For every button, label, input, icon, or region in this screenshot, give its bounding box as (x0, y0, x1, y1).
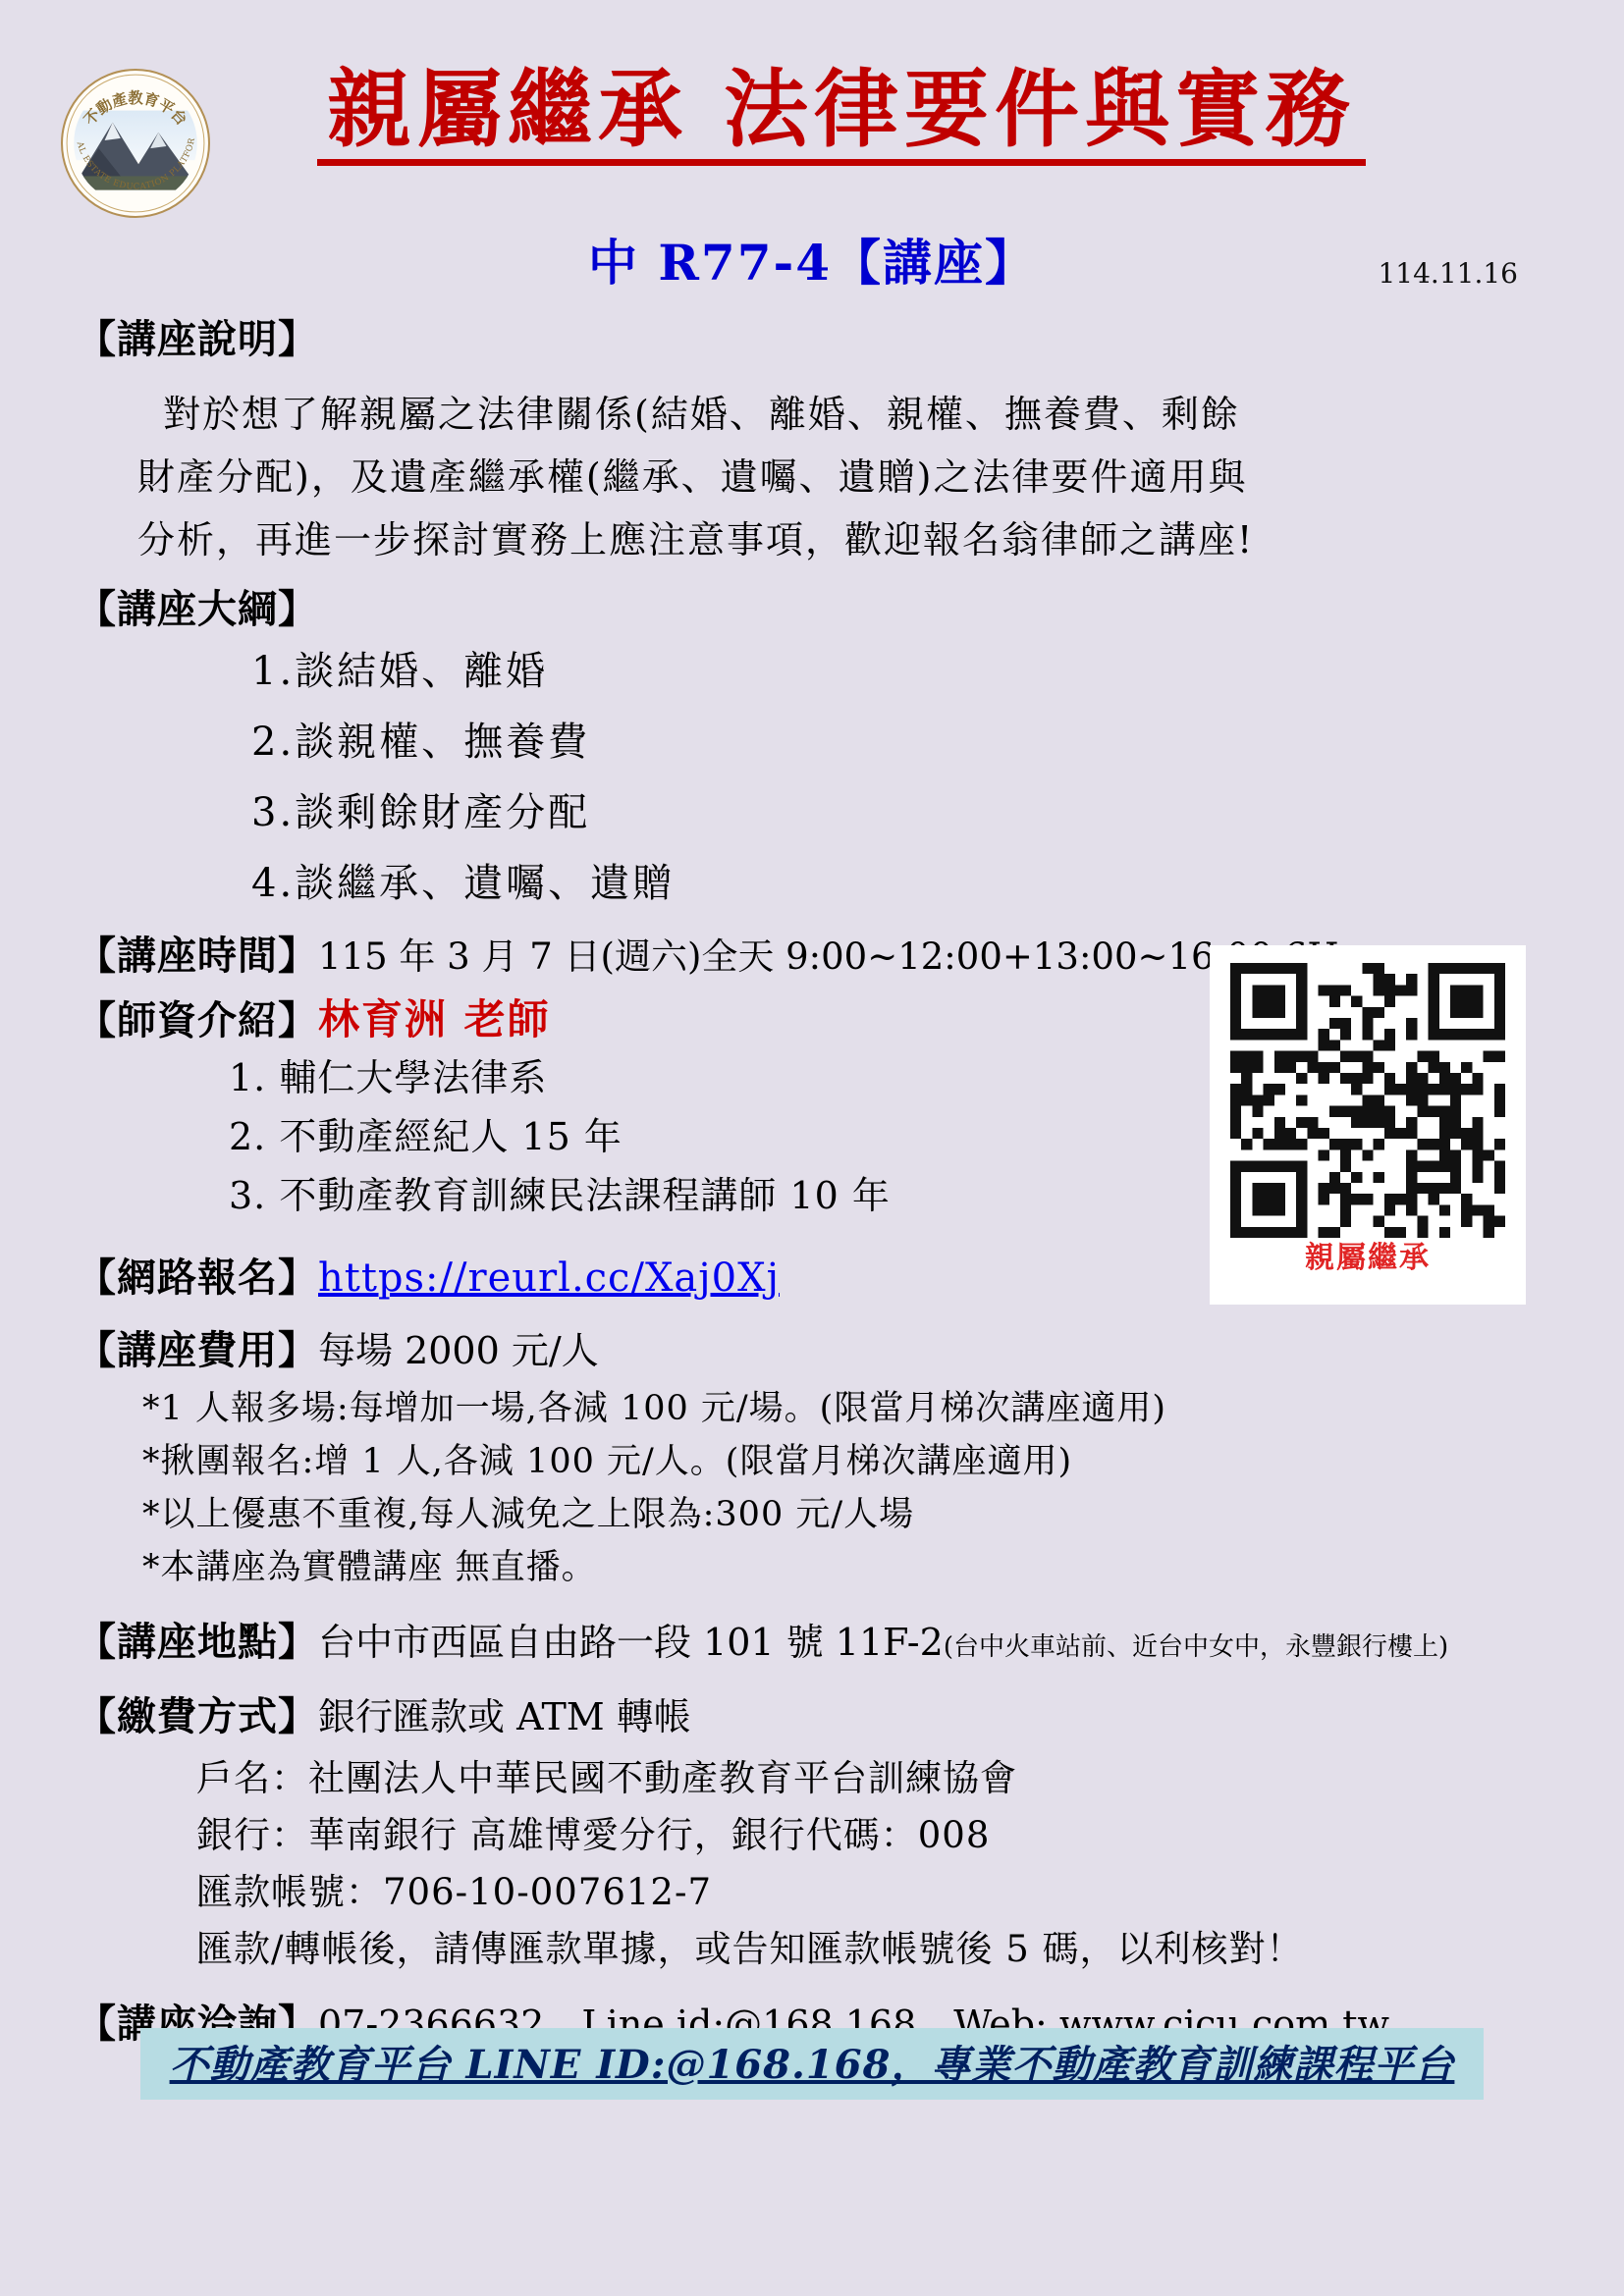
description-line: 對於想了解親屬之法律關係(結婚、離婚、親權、撫養費、剩餘 (77, 383, 1559, 446)
fee-note: *以上優惠不重複,每人減免之上限為:300 元/人場 (77, 1488, 1559, 1541)
qr-caption: 親屬繼承 (1210, 1242, 1526, 1275)
description-line: 分析，再進一步探討實務上應注意事項，歡迎報名翁律師之講座! (77, 508, 1559, 571)
location-address: 台中市西區自由路一段 101 號 11F-2 (318, 1621, 944, 1664)
section-fee: 【講座費用】每場 2000 元/人 (77, 1323, 1559, 1378)
qr-card: 親屬繼承 (1210, 945, 1526, 1305)
payment-details: 戶名：社團法人中華民國不動產教育平台訓練協會 銀行：華南銀行 高雄博愛分行，銀行… (77, 1750, 1559, 1978)
fee-amount: 每場 2000 元/人 (318, 1329, 599, 1372)
payment-detail: 匯款帳號：706-10-007612-7 (77, 1864, 1559, 1921)
qr-code (1230, 963, 1505, 1238)
section-label-registration: 【網路報名】 (77, 1255, 318, 1301)
section-description: 【講座說明】 (77, 312, 1559, 367)
description-line: 財產分配)，及遺產繼承權(繼承、遺囑、遺贈)之法律要件適用與 (77, 446, 1559, 508)
description-paragraph: 對於想了解親屬之法律關係(結婚、離婚、親權、撫養費、剩餘 財產分配)，及遺產繼承… (77, 383, 1559, 571)
fee-note: *1 人報多場:每增加一場,各減 100 元/場。(限當月梯次講座適用) (77, 1382, 1559, 1435)
registration-link[interactable]: https://reurl.cc/Xaj0Xj (318, 1255, 780, 1301)
flyer-page: 不動產教育平台 REAL ESTATE EDUCATION PLATFORM 親… (0, 0, 1624, 2296)
section-label-fee: 【講座費用】 (77, 1327, 318, 1373)
location-note: (台中火車站前、近台中女中，永豐銀行樓上) (944, 1632, 1448, 1662)
outline-list: 1.談結婚、離婚 2.談親權、撫養費 3.談剩餘財產分配 4.談繼承、遺囑、遺贈 (77, 636, 1559, 919)
footer: 不動產教育平台 LINE ID:@168.168，專業不動產教育訓練課程平台 (0, 2028, 1624, 2100)
section-label-description: 【講座說明】 (77, 316, 318, 362)
document-date: 114.11.16 (1378, 257, 1518, 290)
section-label-time: 【講座時間】 (77, 933, 318, 979)
section-outline: 【講座大綱】 (77, 585, 1559, 634)
payment-method: 銀行匯款或 ATM 轉帳 (318, 1695, 691, 1738)
section-label-payment: 【繳費方式】 (77, 1693, 318, 1739)
section-label-instructor: 【師資介紹】 (77, 997, 318, 1043)
outline-item: 4.談繼承、遺囑、遺贈 (77, 848, 1559, 919)
fee-notes: *1 人報多場:每增加一場,各減 100 元/場。(限當月梯次講座適用) *揪團… (77, 1382, 1559, 1594)
outline-item: 3.談剩餘財產分配 (77, 777, 1559, 848)
section-payment: 【繳費方式】銀行匯款或 ATM 轉帳 (77, 1689, 1559, 1744)
fee-note: *揪團報名:增 1 人,各減 100 元/人。(限當月梯次講座適用) (77, 1435, 1559, 1488)
instructor-name: 林育洲 老師 (318, 995, 551, 1043)
section-label-outline: 【講座大綱】 (77, 586, 318, 632)
footer-text: 不動產教育平台 LINE ID:@168.168，專業不動產教育訓練課程平台 (170, 2042, 1455, 2088)
outline-item: 2.談親權、撫養費 (77, 707, 1559, 777)
course-code-subtitle: 中 R77-4【講座】 (588, 224, 1036, 294)
payment-detail: 匯款/轉帳後，請傳匯款單據，或告知匯款帳號後 5 碼，以利核對！ (77, 1921, 1559, 1978)
page-title: 親屬繼承 法律要件與實務 (317, 63, 1366, 166)
fee-note: *本講座為實體講座 無直播。 (77, 1541, 1559, 1594)
section-label-location: 【講座地點】 (77, 1619, 318, 1665)
payment-detail: 戶名：社團法人中華民國不動產教育平台訓練協會 (77, 1750, 1559, 1807)
payment-detail: 銀行：華南銀行 高雄博愛分行，銀行代碼：008 (77, 1807, 1559, 1864)
section-location: 【講座地點】台中市西區自由路一段 101 號 11F-2(台中火車站前、近台中女… (77, 1614, 1559, 1676)
outline-item: 1.談結婚、離婚 (77, 636, 1559, 707)
seminar-time: 115 年 3 月 7 日(週六)全天 9:00~12:00+13:00~16:… (318, 935, 1339, 978)
footer-highlight-band: 不動產教育平台 LINE ID:@168.168，專業不動產教育訓練課程平台 (140, 2028, 1485, 2100)
